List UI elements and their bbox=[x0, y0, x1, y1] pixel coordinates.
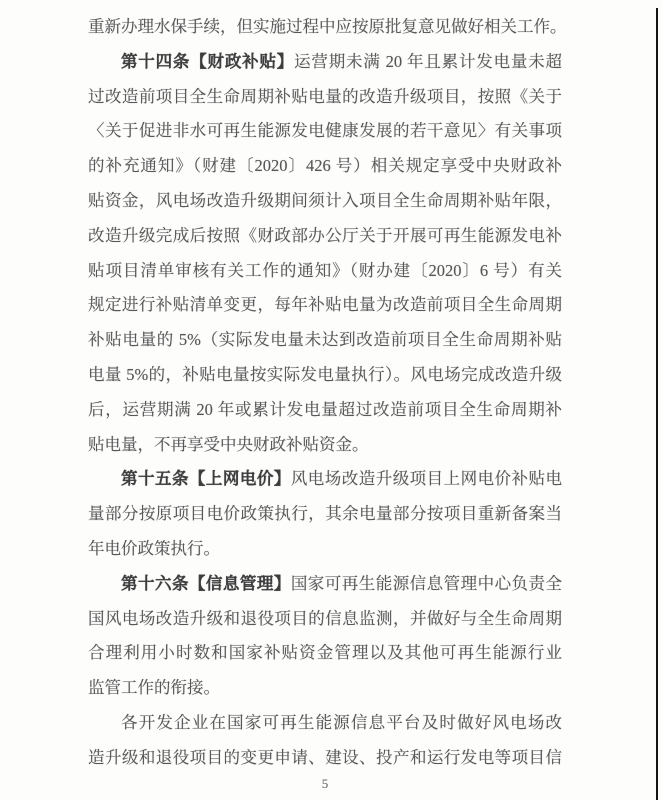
text-line: 后，运营期满 20 年或累计发电量超过改造前项目全生命周期补 bbox=[88, 393, 562, 428]
text-line: 的补充通知》（财建〔2020〕426 号）相关规定享受中央财政补 bbox=[88, 149, 562, 184]
text-line: 各开发企业在国家可再生能源信息平台及时做好风电场改 bbox=[88, 706, 562, 741]
page-edge-rule bbox=[656, 8, 658, 800]
text-line: 补贴电量的 5%（实际发电量未达到改造前项目全生命周期补贴 bbox=[88, 323, 562, 358]
text-line: 年电价政策执行。 bbox=[88, 532, 562, 567]
document-text-block: 重新办理水保手续，但实施过程中应按原批复意见做好相关工作。 第十四条【财政补贴】… bbox=[88, 10, 562, 776]
line-text: 年电价政策执行。 bbox=[88, 539, 220, 558]
text-line: 〈关于促进非水可再生能源发电健康发展的若干意见〉有关事项 bbox=[88, 114, 562, 149]
line-text: 贴项目清单审核有关工作的通知》（财办建〔2020〕6 号）有关 bbox=[88, 261, 562, 280]
line-text: 电量 5%的，补贴电量按实际发电量执行）。风电场完成改造升级 bbox=[88, 365, 562, 384]
text-line: 第十五条【上网电价】风电场改造升级项目上网电价补贴电 bbox=[88, 462, 562, 497]
line-text: 后，运营期满 20 年或累计发电量超过改造前项目全生命周期补 bbox=[88, 400, 562, 419]
text-line: 贴项目清单审核有关工作的通知》（财办建〔2020〕6 号）有关 bbox=[88, 254, 562, 289]
article-16-heading: 第十六条【信息管理】 bbox=[121, 574, 291, 593]
line-text: 各开发企业在国家可再生能源信息平台及时做好风电场改 bbox=[121, 713, 562, 732]
line-text: 贴资金，风电场改造升级期间须计入项目全生命周期补贴年限， bbox=[88, 191, 562, 210]
line-text: 量部分按原项目电价政策执行，其余电量部分按项目重新备案当 bbox=[88, 504, 562, 523]
line-text: 贴电量，不再享受中央财政补贴资金。 bbox=[88, 435, 369, 454]
line-text: 风电场改造升级项目上网电价补贴电 bbox=[291, 469, 562, 488]
text-line: 监管工作的衔接。 bbox=[88, 671, 562, 706]
line-text: 运营期未满 20 年且累计发电量未超 bbox=[294, 52, 562, 71]
text-line: 重新办理水保手续，但实施过程中应按原批复意见做好相关工作。 bbox=[88, 10, 562, 45]
text-line: 第十四条【财政补贴】运营期未满 20 年且累计发电量未超 bbox=[88, 45, 562, 80]
text-line: 合理利用小时数和国家补贴资金管理以及其他可再生能源行业 bbox=[88, 636, 562, 671]
line-text: 补贴电量的 5%（实际发电量未达到改造前项目全生命周期补贴 bbox=[88, 330, 562, 349]
text-line: 电量 5%的，补贴电量按实际发电量执行）。风电场完成改造升级 bbox=[88, 358, 562, 393]
article-14-heading: 第十四条【财政补贴】 bbox=[121, 52, 294, 71]
text-line: 量部分按原项目电价政策执行，其余电量部分按项目重新备案当 bbox=[88, 497, 562, 532]
text-line: 国风电场改造升级和退役项目的信息监测，并做好与全生命周期 bbox=[88, 602, 562, 637]
text-line: 过改造前项目全生命周期补贴电量的改造升级项目，按照《关于 bbox=[88, 80, 562, 115]
line-text: 过改造前项目全生命周期补贴电量的改造升级项目，按照《关于 bbox=[88, 87, 562, 106]
line-text: 〈关于促进非水可再生能源发电健康发展的若干意见〉有关事项 bbox=[88, 121, 562, 140]
article-15-heading: 第十五条【上网电价】 bbox=[121, 469, 291, 488]
line-text: 国风电场改造升级和退役项目的信息监测，并做好与全生命周期 bbox=[88, 609, 562, 628]
line-text: 合理利用小时数和国家补贴资金管理以及其他可再生能源行业 bbox=[88, 643, 562, 662]
text-line: 规定进行补贴清单变更，每年补贴电量为改造前项目全生命周期 bbox=[88, 288, 562, 323]
line-text: 国家可再生能源信息管理中心负责全 bbox=[291, 574, 562, 593]
line-text: 的补充通知》（财建〔2020〕426 号）相关规定享受中央财政补 bbox=[88, 156, 562, 175]
line-text: 监管工作的衔接。 bbox=[88, 678, 220, 697]
line-text: 造升级和退役项目的变更申请、建设、投产和运行发电等项目信 bbox=[88, 748, 562, 767]
text-line: 贴电量，不再享受中央财政补贴资金。 bbox=[88, 428, 562, 463]
line-text: 规定进行补贴清单变更，每年补贴电量为改造前项目全生命周期 bbox=[88, 295, 562, 314]
page-number: 5 bbox=[88, 776, 562, 792]
text-line: 改造升级完成后按照《财政部办公厅关于开展可再生能源发电补 bbox=[88, 219, 562, 254]
line-text: 重新办理水保手续，但实施过程中应按原批复意见做好相关工作。 bbox=[88, 17, 567, 36]
text-line: 造升级和退役项目的变更申请、建设、投产和运行发电等项目信 bbox=[88, 741, 562, 776]
text-line: 贴资金，风电场改造升级期间须计入项目全生命周期补贴年限， bbox=[88, 184, 562, 219]
line-text: 改造升级完成后按照《财政部办公厅关于开展可再生能源发电补 bbox=[88, 226, 562, 245]
text-line: 第十六条【信息管理】国家可再生能源信息管理中心负责全 bbox=[88, 567, 562, 602]
